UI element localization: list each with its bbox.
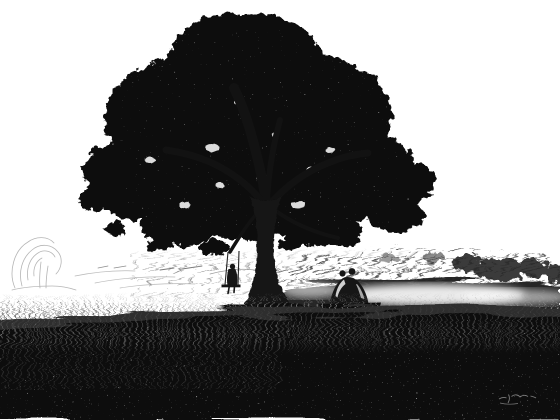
artwork — [0, 0, 560, 420]
grass-speckle-texture — [0, 320, 560, 420]
artwork-canvas — [0, 0, 560, 420]
foreground-grass — [0, 292, 560, 420]
